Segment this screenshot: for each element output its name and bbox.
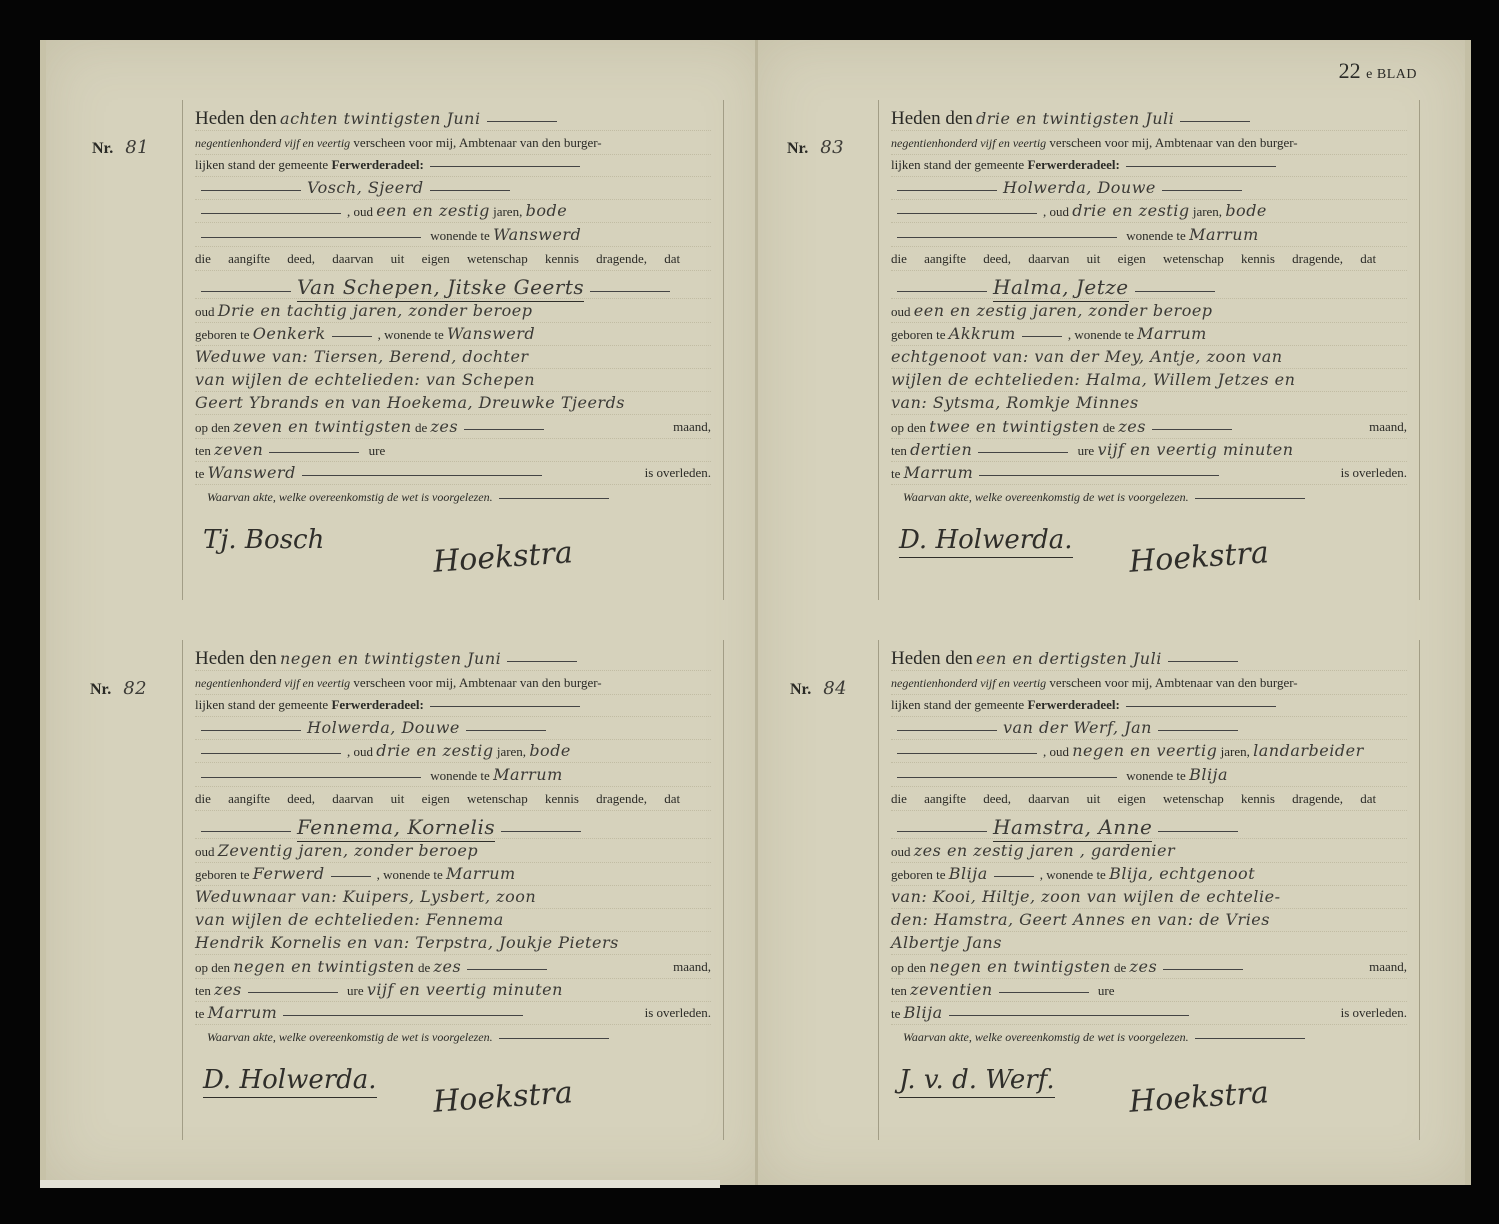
- closing-statement: Waarvan akte, welke overeenkomstig de we…: [903, 490, 1311, 505]
- blank-rule: [467, 968, 547, 970]
- closing-statement: Waarvan akte, welke overeenkomstig de we…: [207, 490, 615, 505]
- deceased-age-occupation: Zeventig jaren, zonder beroep: [218, 841, 478, 860]
- death-hour: zeven: [214, 440, 263, 459]
- blank-rule: [949, 1014, 1189, 1016]
- aangifte-text: die aangifte deed, daarvan uit eigen wet…: [195, 251, 680, 266]
- relations-line: van: Sytsma, Romkje Minnes: [891, 393, 1139, 412]
- birthplace: Ferwerd: [253, 864, 325, 883]
- blank-rule: [1162, 189, 1242, 191]
- form-line: Holwerda, Douwe: [891, 177, 1407, 200]
- maand-label: maand,: [1369, 956, 1407, 978]
- blank-rule: [1126, 705, 1276, 707]
- death-day: zeven en twintigsten: [233, 417, 411, 436]
- blank-rule: [978, 451, 1068, 453]
- form-line: Hendrik Kornelis en van: Terpstra, Joukj…: [195, 932, 711, 955]
- blank-rule: [487, 120, 557, 122]
- blank-rule: [1126, 165, 1276, 167]
- blank-rule: [1022, 335, 1062, 337]
- blank-rule: [201, 189, 301, 191]
- signature-declarant: Tj. Bosch: [203, 525, 324, 555]
- form-line: negentienhonderd vijf en veertig versche…: [195, 132, 711, 155]
- form-line: wonende te Marrum: [195, 764, 711, 787]
- death-place: Marrum: [208, 1003, 278, 1022]
- form-line: den: Hamstra, Geert Annes en van: de Vri…: [891, 909, 1407, 932]
- death-month: zes: [1118, 417, 1146, 436]
- death-month: zes: [434, 957, 462, 976]
- blank-rule: [331, 875, 371, 877]
- declarant-name: Holwerda, Douwe: [1003, 178, 1156, 197]
- form-line: die aangifte deed, daarvan uit eigen wet…: [891, 248, 1407, 271]
- blank-rule: [1195, 497, 1305, 499]
- book-gutter: [755, 40, 758, 1185]
- form-line: ten zeventien ure: [891, 979, 1407, 1002]
- relations-line: den: Hamstra, Geert Annes en van: de Vri…: [891, 910, 1270, 929]
- form-line: negentienhonderd vijf en veertig versche…: [195, 672, 711, 695]
- year-text: negentienhonderd vijf en veertig: [891, 136, 1046, 150]
- form-line: die aangifte deed, daarvan uit eigen wet…: [891, 788, 1407, 811]
- aangifte-text: die aangifte deed, daarvan uit eigen wet…: [891, 791, 1376, 806]
- declarant-age: een en zestig: [376, 201, 490, 220]
- blank-rule: [1168, 660, 1238, 662]
- declarant-occupation: bode: [529, 741, 571, 760]
- entry-number: Nr.81: [92, 137, 149, 158]
- form-line: Albertje Jans: [891, 932, 1407, 955]
- deceased-age-occupation: een en zestig jaren, zonder beroep: [914, 301, 1213, 320]
- blank-rule: [1158, 729, 1238, 731]
- heading-prefix: Heden den: [195, 108, 277, 129]
- aangifte-text: die aangifte deed, daarvan uit eigen wet…: [891, 251, 1376, 266]
- form-line: oud Zeventig jaren, zonder beroep: [195, 840, 711, 863]
- blank-rule: [1163, 968, 1243, 970]
- death-record-83: Heden den drie en twintigsten Julinegent…: [878, 100, 1420, 600]
- relations-line: Geert Ybrands en van Hoekema, Dreuwke Tj…: [195, 393, 625, 412]
- year-text: negentienhonderd vijf en veertig: [195, 676, 350, 690]
- entry-number: Nr.82: [90, 678, 147, 699]
- form-line: echtgenoot van: van der Mey, Antje, zoon…: [891, 346, 1407, 369]
- form-line: oud een en zestig jaren, zonder beroep: [891, 300, 1407, 323]
- blank-rule: [897, 776, 1117, 778]
- form-line: Halma, Jetze: [891, 276, 1407, 299]
- declarant-residence: Wanswerd: [493, 225, 581, 244]
- form-line: wijlen de echtelieden: Halma, Willem Jet…: [891, 369, 1407, 392]
- form-line: lijken stand der gemeente Ferwerderadeel…: [195, 154, 711, 177]
- form-line: Heden den een en dertigsten Juli: [891, 648, 1407, 671]
- form-line: van wijlen de echtelieden: Fennema: [195, 909, 711, 932]
- form-line: geboren te Akkrum, wonende te Marrum: [891, 323, 1407, 346]
- form-line: , oud drie en zestig jaren, bode: [891, 200, 1407, 223]
- death-day: negen en twintigsten: [929, 957, 1110, 976]
- blank-rule: [1158, 830, 1238, 832]
- signature-registrar: Hoekstra: [432, 535, 574, 580]
- form-line: Hamstra, Anne: [891, 816, 1407, 839]
- relations-line: Albertje Jans: [891, 933, 1002, 952]
- nr-value: 82: [123, 678, 147, 699]
- blank-rule: [1152, 428, 1232, 430]
- is-overleden-label: is overleden.: [1341, 1002, 1407, 1024]
- maand-label: maand,: [1369, 416, 1407, 438]
- maand-label: maand,: [673, 956, 711, 978]
- blank-rule: [897, 729, 997, 731]
- form-line: oud zes en zestig jaren , gardenier: [891, 840, 1407, 863]
- blank-rule: [269, 451, 359, 453]
- declarant-residence: Blija: [1189, 765, 1228, 784]
- form-line: te Wanswerdis overleden.: [195, 462, 711, 485]
- death-hour: dertien: [910, 440, 972, 459]
- blank-rule: [201, 752, 341, 754]
- death-day: negen en twintigsten: [233, 957, 414, 976]
- form-line: geboren te Ferwerd, wonende te Marrum: [195, 863, 711, 886]
- blank-rule: [1135, 290, 1215, 292]
- nr-label: Nr.: [790, 681, 811, 698]
- death-minutes: vijf en veertig minuten: [1097, 440, 1293, 459]
- form-line: Heden den drie en twintigsten Juli: [891, 108, 1407, 131]
- death-record-81: Heden den achten twintigsten Juninegenti…: [182, 100, 724, 600]
- relations-line: Weduwe van: Tiersen, Berend, dochter: [195, 347, 529, 366]
- form-line: die aangifte deed, daarvan uit eigen wet…: [195, 248, 711, 271]
- blank-rule: [201, 830, 291, 832]
- form-line: lijken stand der gemeente Ferwerderadeel…: [891, 694, 1407, 717]
- signature-registrar: Hoekstra: [432, 1075, 574, 1120]
- declarant-occupation: bode: [1225, 201, 1267, 220]
- signature-registrar: Hoekstra: [1128, 1075, 1270, 1120]
- aangifte-text: die aangifte deed, daarvan uit eigen wet…: [195, 791, 680, 806]
- municipality: Ferwerderadeel:: [1027, 157, 1119, 172]
- birthplace: Blija: [949, 864, 988, 883]
- closing-statement: Waarvan akte, welke overeenkomstig de we…: [903, 1030, 1311, 1045]
- nr-value: 81: [125, 137, 149, 158]
- sheet-number: 22 e BLAD: [1339, 58, 1417, 84]
- form-line: te Blijais overleden.: [891, 1002, 1407, 1025]
- blank-rule: [302, 474, 542, 476]
- date-written: negen en twintigsten Juni: [280, 649, 501, 668]
- form-line: Holwerda, Douwe: [195, 717, 711, 740]
- signature-declarant: D. Holwerda.: [203, 1065, 377, 1098]
- deceased-name: Fennema, Kornelis: [297, 815, 495, 842]
- form-line: van: Kooi, Hiltje, zoon van wijlen de ec…: [891, 886, 1407, 909]
- form-line: negentienhonderd vijf en veertig versche…: [891, 132, 1407, 155]
- form-line: oud Drie en tachtig jaren, zonder beroep: [195, 300, 711, 323]
- deceased-age-occupation: Drie en tachtig jaren, zonder beroep: [218, 301, 533, 320]
- residence: Wanswerd: [447, 324, 535, 343]
- blank-rule: [897, 189, 997, 191]
- blank-rule: [590, 290, 670, 292]
- form-line: lijken stand der gemeente Ferwerderadeel…: [195, 694, 711, 717]
- relations-line: echtgenoot van: van der Mey, Antje, zoon…: [891, 347, 1283, 366]
- heading-prefix: Heden den: [891, 108, 973, 129]
- relations-line: wijlen de echtelieden: Halma, Willem Jet…: [891, 370, 1295, 389]
- death-month: zes: [1130, 957, 1158, 976]
- nr-value: 83: [820, 137, 844, 158]
- blank-rule: [332, 335, 372, 337]
- blank-rule: [201, 776, 421, 778]
- blank-rule: [979, 474, 1219, 476]
- heading-prefix: Heden den: [195, 648, 277, 669]
- declarant-name: van der Werf, Jan: [1003, 718, 1152, 737]
- blank-rule: [430, 165, 580, 167]
- form-line: geboren te Blija, wonende te Blija, echt…: [891, 863, 1407, 886]
- heading-prefix: Heden den: [891, 648, 973, 669]
- date-written: drie en twintigsten Juli: [976, 109, 1174, 128]
- death-record-82: Heden den negen en twintigsten Juninegen…: [182, 640, 724, 1140]
- declarant-residence: Marrum: [1189, 225, 1259, 244]
- page-edge: [40, 1180, 720, 1188]
- blank-rule: [994, 875, 1034, 877]
- municipality: Ferwerderadeel:: [1027, 697, 1119, 712]
- is-overleden-label: is overleden.: [645, 1002, 711, 1024]
- deceased-name: Hamstra, Anne: [993, 815, 1152, 842]
- blank-rule: [897, 236, 1117, 238]
- residence: Blija, echtgenoot: [1109, 864, 1255, 883]
- date-written: een en dertigsten Juli: [976, 649, 1162, 668]
- declarant-age: drie en zestig: [376, 741, 493, 760]
- relations-line: van: Kooi, Hiltje, zoon van wijlen de ec…: [891, 887, 1281, 906]
- form-line: , oud negen en veertig jaren, landarbeid…: [891, 740, 1407, 763]
- form-line: ten dertien ure vijf en veertig minuten: [891, 439, 1407, 462]
- form-line: Geert Ybrands en van Hoekema, Dreuwke Tj…: [195, 392, 711, 415]
- blank-rule: [283, 1014, 523, 1016]
- form-line: ten zeven ure: [195, 439, 711, 462]
- form-line: te Marrumis overleden.: [891, 462, 1407, 485]
- blank-rule: [897, 752, 1037, 754]
- signature-declarant: D. Holwerda.: [899, 525, 1073, 558]
- form-line: negentienhonderd vijf en veertig versche…: [891, 672, 1407, 695]
- form-line: op den twee en twintigsten de zesmaand,: [891, 416, 1407, 439]
- form-line: wonende te Marrum: [891, 224, 1407, 247]
- date-written: achten twintigsten Juni: [280, 109, 481, 128]
- is-overleden-label: is overleden.: [645, 462, 711, 484]
- form-line: , oud drie en zestig jaren, bode: [195, 740, 711, 763]
- relations-line: Weduwnaar van: Kuipers, Lysbert, zoon: [195, 887, 536, 906]
- year-text: negentienhonderd vijf en veertig: [195, 136, 350, 150]
- blank-rule: [1195, 1037, 1305, 1039]
- declarant-name: Holwerda, Douwe: [307, 718, 460, 737]
- form-line: , oud een en zestig jaren, bode: [195, 200, 711, 223]
- declarant-occupation: bode: [526, 201, 568, 220]
- form-line: Weduwe van: Tiersen, Berend, dochter: [195, 346, 711, 369]
- blank-rule: [430, 189, 510, 191]
- residence: Marrum: [1137, 324, 1207, 343]
- form-line: geboren te Oenkerk, wonende te Wanswerd: [195, 323, 711, 346]
- form-line: te Marrumis overleden.: [195, 1002, 711, 1025]
- death-month: zes: [430, 417, 458, 436]
- municipality: Ferwerderadeel:: [331, 157, 423, 172]
- closing-statement: Waarvan akte, welke overeenkomstig de we…: [207, 1030, 615, 1045]
- blank-rule: [201, 729, 301, 731]
- blank-rule: [430, 705, 580, 707]
- declarant-residence: Marrum: [493, 765, 563, 784]
- municipality: Ferwerderadeel:: [331, 697, 423, 712]
- blank-rule: [897, 290, 987, 292]
- blank-rule: [507, 660, 577, 662]
- form-line: wonende te Blija: [891, 764, 1407, 787]
- deceased-age-occupation: zes en zestig jaren , gardenier: [914, 841, 1175, 860]
- blank-rule: [201, 236, 421, 238]
- nr-value: 84: [823, 678, 847, 699]
- blank-rule: [466, 729, 546, 731]
- form-line: die aangifte deed, daarvan uit eigen wet…: [195, 788, 711, 811]
- birthplace: Akkrum: [949, 324, 1016, 343]
- blank-rule: [499, 1037, 609, 1039]
- form-line: Weduwnaar van: Kuipers, Lysbert, zoon: [195, 886, 711, 909]
- declarant-name: Vosch, Sjeerd: [307, 178, 424, 197]
- form-line: Heden den achten twintigsten Juni: [195, 108, 711, 131]
- declarant-age: drie en zestig: [1072, 201, 1189, 220]
- form-line: Van Schepen, Jitske Geerts: [195, 276, 711, 299]
- death-hour: zeventien: [910, 980, 993, 999]
- nr-label: Nr.: [92, 140, 113, 157]
- blank-rule: [897, 830, 987, 832]
- form-line: wonende te Wanswerd: [195, 224, 711, 247]
- death-place: Blija: [904, 1003, 943, 1022]
- blank-rule: [499, 497, 609, 499]
- form-line: Fennema, Kornelis: [195, 816, 711, 839]
- relations-line: van wijlen de echtelieden: van Schepen: [195, 370, 535, 389]
- blank-rule: [248, 991, 338, 993]
- nr-label: Nr.: [787, 140, 808, 157]
- form-line: van: Sytsma, Romkje Minnes: [891, 392, 1407, 415]
- blank-rule: [1180, 120, 1250, 122]
- entry-number: Nr.83: [787, 137, 844, 158]
- form-line: op den zeven en twintigsten de zesmaand,: [195, 416, 711, 439]
- entry-number: Nr.84: [790, 678, 847, 699]
- death-place: Marrum: [904, 463, 974, 482]
- death-minutes: vijf en veertig minuten: [367, 980, 563, 999]
- signature-declarant: J. v. d. Werf.: [899, 1065, 1055, 1098]
- form-line: lijken stand der gemeente Ferwerderadeel…: [891, 154, 1407, 177]
- death-record-84: Heden den een en dertigsten Julinegentie…: [878, 640, 1420, 1140]
- form-line: Vosch, Sjeerd: [195, 177, 711, 200]
- blank-rule: [999, 991, 1089, 993]
- relations-line: van wijlen de echtelieden: Fennema: [195, 910, 504, 929]
- blank-rule: [201, 290, 291, 292]
- death-day: twee en twintigsten: [929, 417, 1099, 436]
- form-line: van wijlen de echtelieden: van Schepen: [195, 369, 711, 392]
- residence: Marrum: [446, 864, 516, 883]
- death-hour: zes: [214, 980, 242, 999]
- blank-rule: [464, 428, 544, 430]
- form-line: Heden den negen en twintigsten Juni: [195, 648, 711, 671]
- form-line: op den negen en twintigsten de zesmaand,: [891, 956, 1407, 979]
- is-overleden-label: is overleden.: [1341, 462, 1407, 484]
- form-line: ten zes ure vijf en veertig minuten: [195, 979, 711, 1002]
- signature-registrar: Hoekstra: [1128, 535, 1270, 580]
- year-text: negentienhonderd vijf en veertig: [891, 676, 1046, 690]
- form-line: van der Werf, Jan: [891, 717, 1407, 740]
- nr-label: Nr.: [90, 681, 111, 698]
- relations-line: Hendrik Kornelis en van: Terpstra, Joukj…: [195, 933, 619, 952]
- declarant-occupation: landarbeider: [1253, 741, 1364, 760]
- blank-rule: [897, 212, 1037, 214]
- form-line: op den negen en twintigsten de zesmaand,: [195, 956, 711, 979]
- blank-rule: [501, 830, 581, 832]
- blank-rule: [201, 212, 341, 214]
- maand-label: maand,: [673, 416, 711, 438]
- deceased-name: Van Schepen, Jitske Geerts: [297, 275, 584, 302]
- declarant-age: negen en veertig: [1072, 741, 1217, 760]
- deceased-name: Halma, Jetze: [993, 275, 1129, 302]
- birthplace: Oenkerk: [253, 324, 326, 343]
- death-place: Wanswerd: [208, 463, 296, 482]
